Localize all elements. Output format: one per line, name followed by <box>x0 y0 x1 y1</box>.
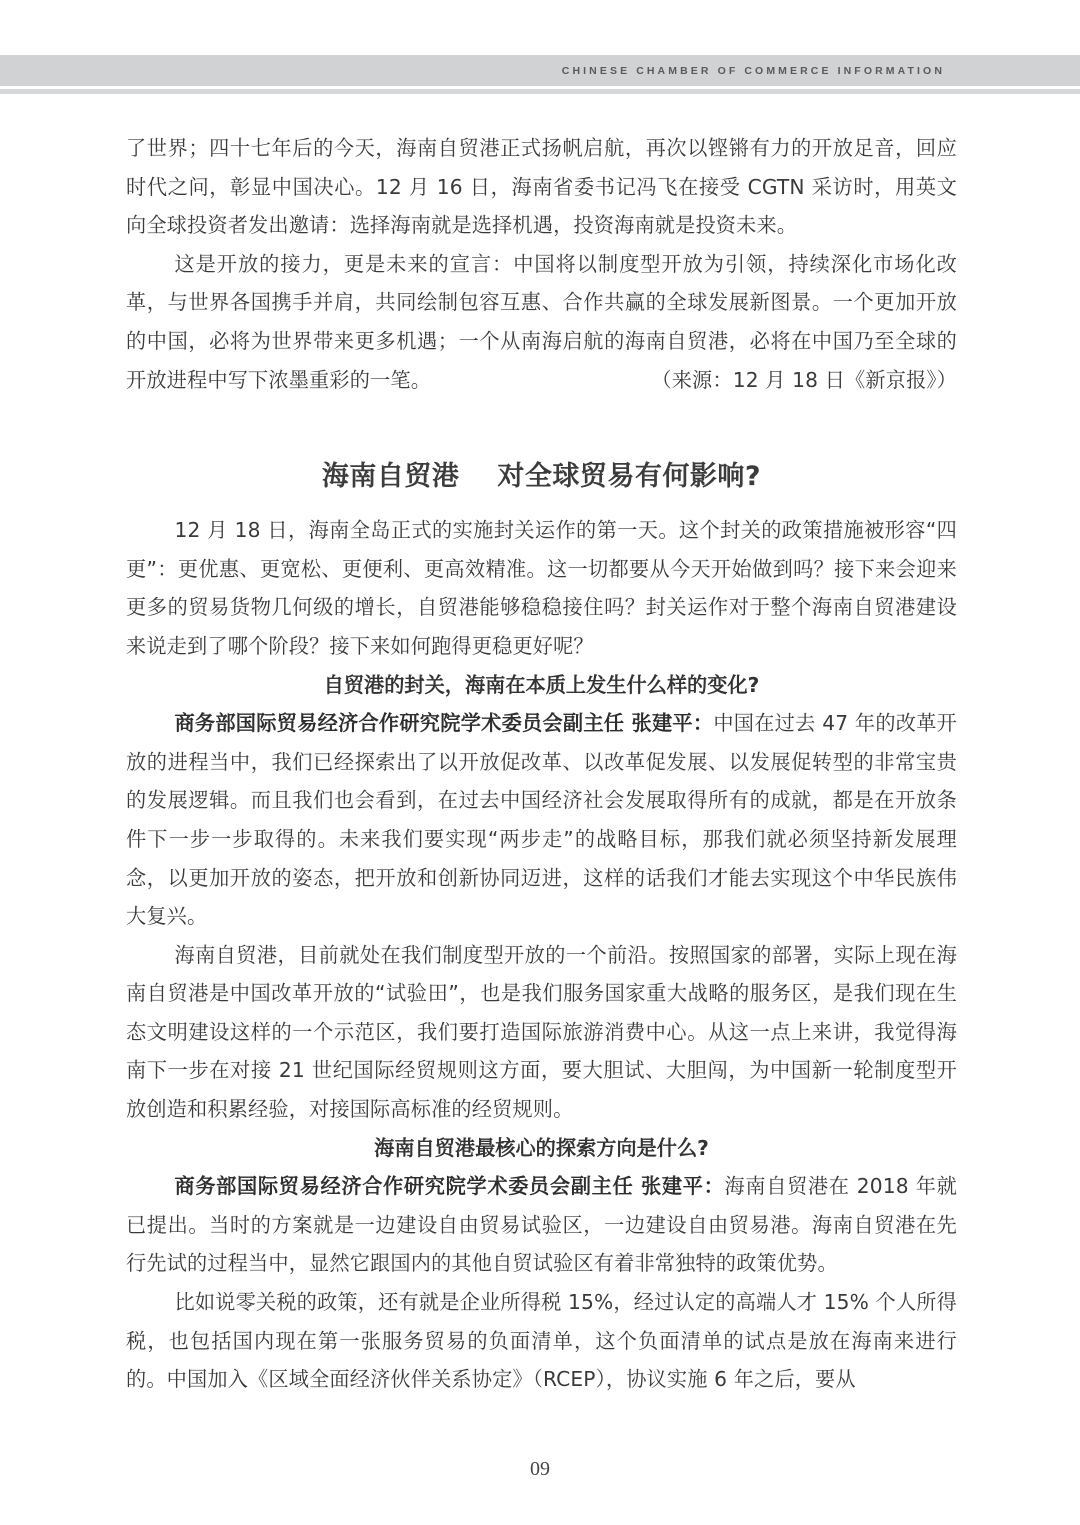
article-intro: 12 月 18 日，海南全岛正式的实施封关运作的第一天。这个封关的政策措施被形容… <box>126 511 957 665</box>
header-divider <box>0 89 1080 94</box>
section-heading: 海南自贸港最核心的探索方向是什么? <box>126 1129 957 1168</box>
previous-article-paragraph: 这是开放的接力，更是未来的宣言：中国将以制度型开放为引领，持续深化市场化改革，与… <box>126 245 957 399</box>
speaker-attribution: 商务部国际贸易经济合作研究院学术委员会副主任 张建平： <box>174 711 713 735</box>
page-number: 09 <box>0 1458 1080 1481</box>
source-citation: （来源：12 月 18 日《新京报》） <box>603 361 957 400</box>
article-title: 海南自贸港对全球贸易有何影响? <box>126 455 957 499</box>
interview-followup: 海南自贸港，目前就处在我们制度型开放的一个前沿。按照国家的部署，实际上现在海南自… <box>126 936 957 1129</box>
interview-followup: 比如说零关税的政策，还有就是企业所得税 15%，经过认定的高端人才 15% 个人… <box>126 1283 957 1399</box>
section-heading: 自贸港的封关，海南在本质上发生什么样的变化? <box>126 666 957 705</box>
interview-answer: 商务部国际贸易经济合作研究院学术委员会副主任 张建平：海南自贸港在 2018 年… <box>126 1167 957 1283</box>
speaker-attribution: 商务部国际贸易经济合作研究院学术委员会副主任 张建平： <box>174 1174 724 1198</box>
publication-name: CHINESE CHAMBER OF COMMERCE INFORMATION <box>562 65 945 77</box>
article-title-part2: 对全球贸易有何影响? <box>497 461 761 492</box>
article-title-part1: 海南自贸港 <box>322 461 460 492</box>
answer-text: 中国在过去 47 年的改革开放的进程当中，我们已经探索出了以开放促改革、以改革促… <box>126 711 957 928</box>
previous-article-paragraph: 了世界；四十七年后的今天，海南自贸港正式扬帆启航，再次以铿锵有力的开放足音，回应… <box>126 129 957 245</box>
page-content: 了世界；四十七年后的今天，海南自贸港正式扬帆启航，再次以铿锵有力的开放足音，回应… <box>126 129 957 1399</box>
interview-answer: 商务部国际贸易经济合作研究院学术委员会副主任 张建平：中国在过去 47 年的改革… <box>126 704 957 936</box>
